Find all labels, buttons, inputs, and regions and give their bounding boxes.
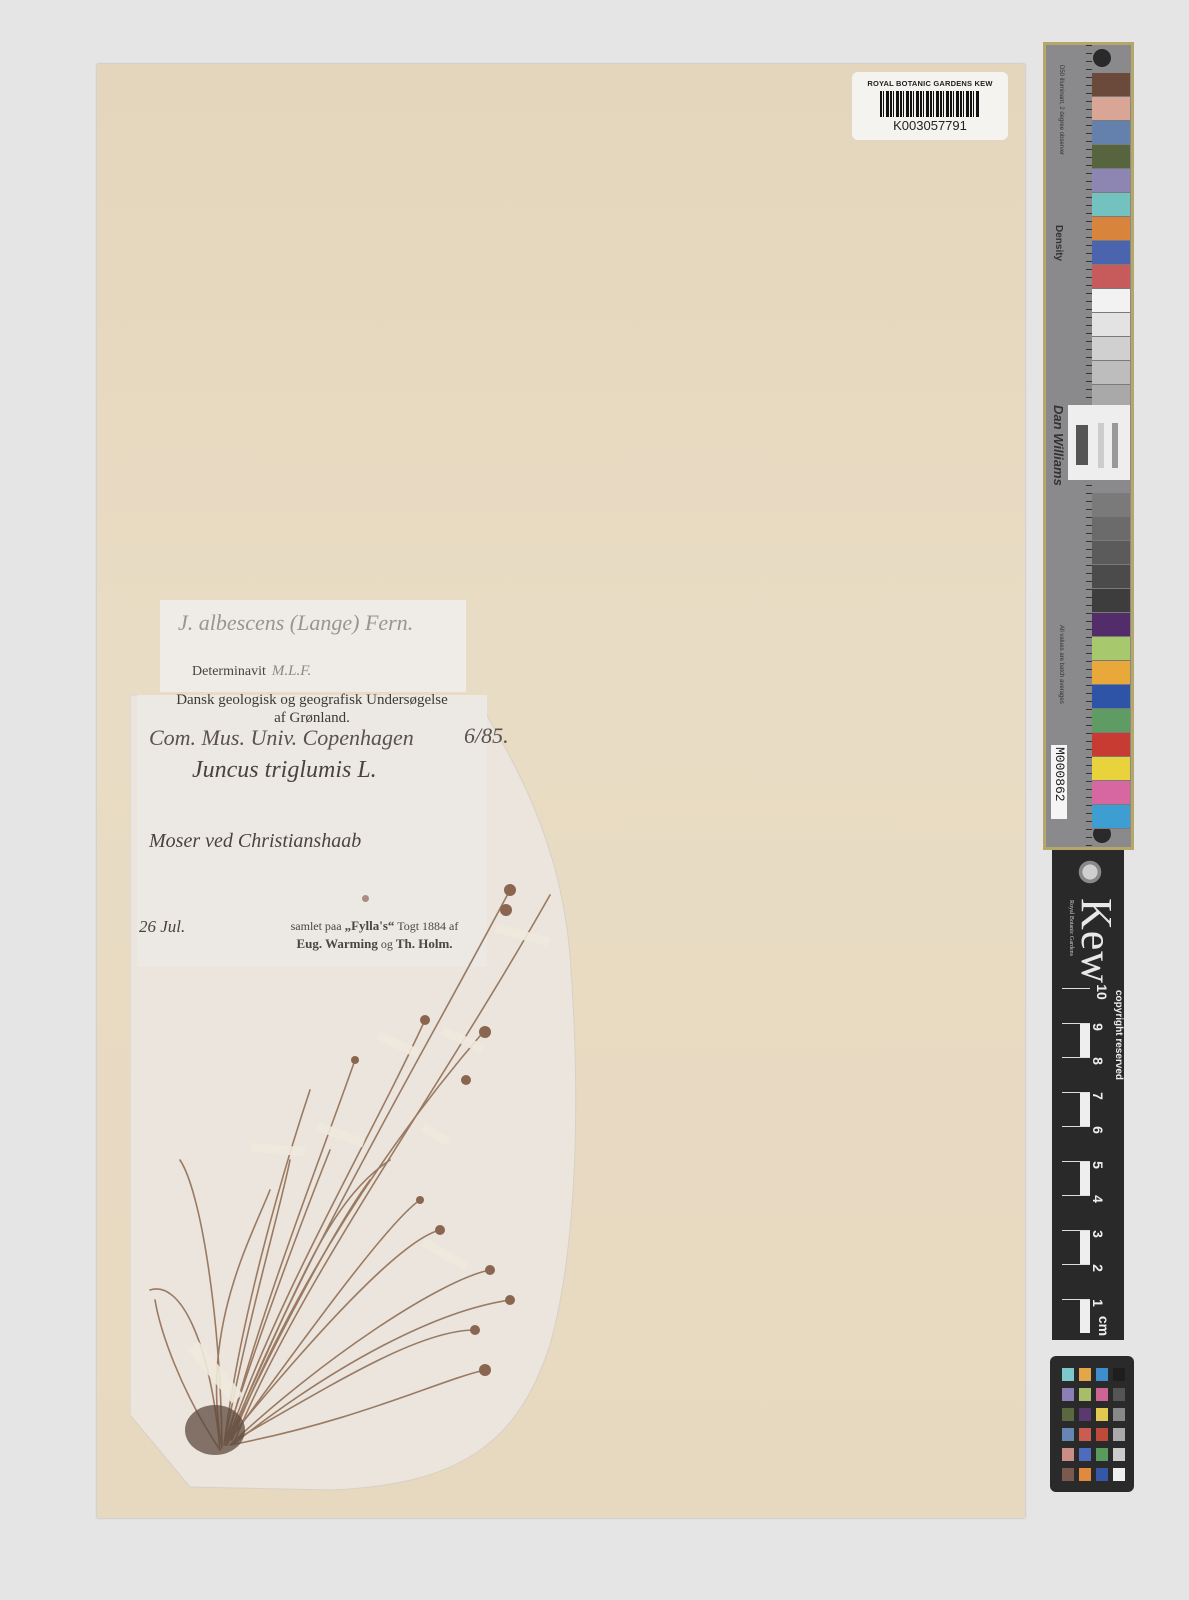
kew-scale-bar: Kew Royal Botanic Gardens 10987654321 co… [1052,850,1124,1340]
copyright-text: copyright reserved [1113,990,1124,1080]
ruler-number: 8 [1090,1057,1106,1065]
kew-logo: Kew [1071,898,1122,984]
checker-swatch [1096,1388,1108,1401]
bar-id-tag: M000862 [1051,745,1067,819]
checker-swatch [1079,1368,1091,1381]
checker-swatch [1079,1388,1091,1401]
color-patch [1092,193,1130,217]
checker-gray-swatch [1113,1468,1125,1481]
barcode-label: ROYAL BOTANIC GARDENS KEW K003057791 [852,72,1008,140]
checker-swatch [1096,1448,1108,1461]
color-patch [1092,661,1130,685]
ruler-number: 9 [1090,1023,1106,1031]
ruler-number: 4 [1090,1195,1106,1203]
ruler-number: 5 [1090,1161,1106,1169]
checker-swatch [1062,1428,1074,1441]
museum-text: Com. Mus. Univ. Copenhagen [149,725,414,750]
checker-gray-swatch [1113,1388,1125,1401]
plant-specimen [140,860,580,1480]
color-patches-top [1092,73,1130,433]
color-checker-card [1050,1356,1134,1492]
determinavit-text: Determinavit [192,664,266,679]
taxon-name: Juncus triglumis L. [192,757,377,784]
ruler-segment [1062,1230,1090,1264]
color-patch [1092,73,1130,97]
checker-gray-swatch [1113,1448,1125,1461]
ruler-segment [1062,1264,1090,1298]
ruler-segment [1062,1161,1090,1195]
color-patch [1092,493,1130,517]
checker-swatch [1096,1428,1108,1441]
barcode [880,91,980,117]
color-patch [1092,757,1130,781]
checker-swatch [1079,1408,1091,1421]
checker-swatch [1096,1408,1108,1421]
ruler-number: 3 [1090,1230,1106,1238]
cm-ruler [1062,988,1090,1333]
color-patch [1092,121,1130,145]
checker-swatch [1062,1448,1074,1461]
determination-handwritten-name: J. albescens (Lange) Fern. [178,610,413,636]
institution-name: ROYAL BOTANIC GARDENS KEW [852,79,1008,88]
bar-hole-top [1093,49,1111,67]
ruler-segment [1062,1299,1090,1333]
color-patch [1092,241,1130,265]
checker-swatch [1062,1368,1074,1381]
root-clump [185,1405,245,1455]
determinavit-line: DeterminavitM.L.F. [192,663,311,680]
mounting-strips [187,924,550,1404]
ruler-number: 6 [1090,1126,1106,1134]
color-patch [1092,541,1130,565]
kew-subtitle: Royal Botanic Gardens [1068,900,1074,956]
cm-numbers: 10987654321 [1092,988,1112,1333]
locality: Moser ved Christianshaab [149,830,361,853]
color-patches-bottom [1092,493,1130,829]
color-patch [1092,145,1130,169]
museum-date: 6/85. [464,723,509,749]
ruler-number: 10 [1094,984,1110,1000]
color-patch [1092,613,1130,637]
survey-header-line1: Dansk geologisk og geografisk Undersøgel… [137,691,487,709]
checker-gray-swatch [1113,1408,1125,1421]
color-patch [1092,589,1130,613]
checker-swatch [1096,1468,1108,1481]
color-patch [1092,265,1130,289]
ruler-number: 1 [1090,1299,1106,1307]
color-patch [1092,637,1130,661]
cm-unit-label: cm [1096,1316,1112,1336]
determiner-initials: M.L.F. [272,663,311,679]
checker-swatch [1062,1408,1074,1421]
ruler-segment [1062,1092,1090,1126]
checker-swatch [1096,1368,1108,1381]
bar-id-text: M000862 [1052,747,1067,802]
density-label: Density [1053,225,1064,261]
illuminant-note: D50 illuminant, 2 degree observer [1058,65,1064,155]
museum-line: Com. Mus. Univ. Copenhagen6/85. [149,725,414,751]
color-patch [1092,781,1130,805]
ruler-segment [1062,1023,1090,1057]
ruler-segment [1062,1195,1090,1229]
color-patch [1092,709,1130,733]
kew-crest-icon [1072,855,1108,889]
ruler-segment [1062,988,1090,1022]
ruler-segment [1062,1057,1090,1091]
ruler-number: 7 [1090,1092,1106,1100]
color-patch [1092,361,1130,385]
color-patch [1092,517,1130,541]
color-patch [1092,169,1130,193]
color-patch [1092,685,1130,709]
checker-swatch [1062,1468,1074,1481]
checker-swatch [1079,1468,1091,1481]
gray-card [1068,405,1130,480]
color-patch [1092,565,1130,589]
color-patch [1092,289,1130,313]
checker-swatch [1079,1448,1091,1461]
batch-note: All values are batch averages [1058,625,1064,704]
color-patch [1092,97,1130,121]
checker-swatch [1079,1428,1091,1441]
ruler-segment [1062,1126,1090,1160]
color-patch [1092,733,1130,757]
color-calibration-bar: Inches D50 illuminant, 2 degree observer… [1043,42,1134,850]
barcode-number: K003057791 [852,118,1008,133]
checker-swatch [1062,1388,1074,1401]
ruler-number: 2 [1090,1264,1106,1272]
color-patch [1092,217,1130,241]
determination-label: J. albescens (Lange) Fern. DeterminavitM… [160,600,466,692]
checker-gray-swatch [1113,1428,1125,1441]
color-patch [1092,337,1130,361]
color-patch [1092,805,1130,829]
survey-header: Dansk geologisk og geografisk Undersøgel… [137,691,487,727]
color-patch [1092,313,1130,337]
brand-label: Dan Williams [1051,405,1066,486]
checker-gray-swatch [1113,1368,1125,1381]
